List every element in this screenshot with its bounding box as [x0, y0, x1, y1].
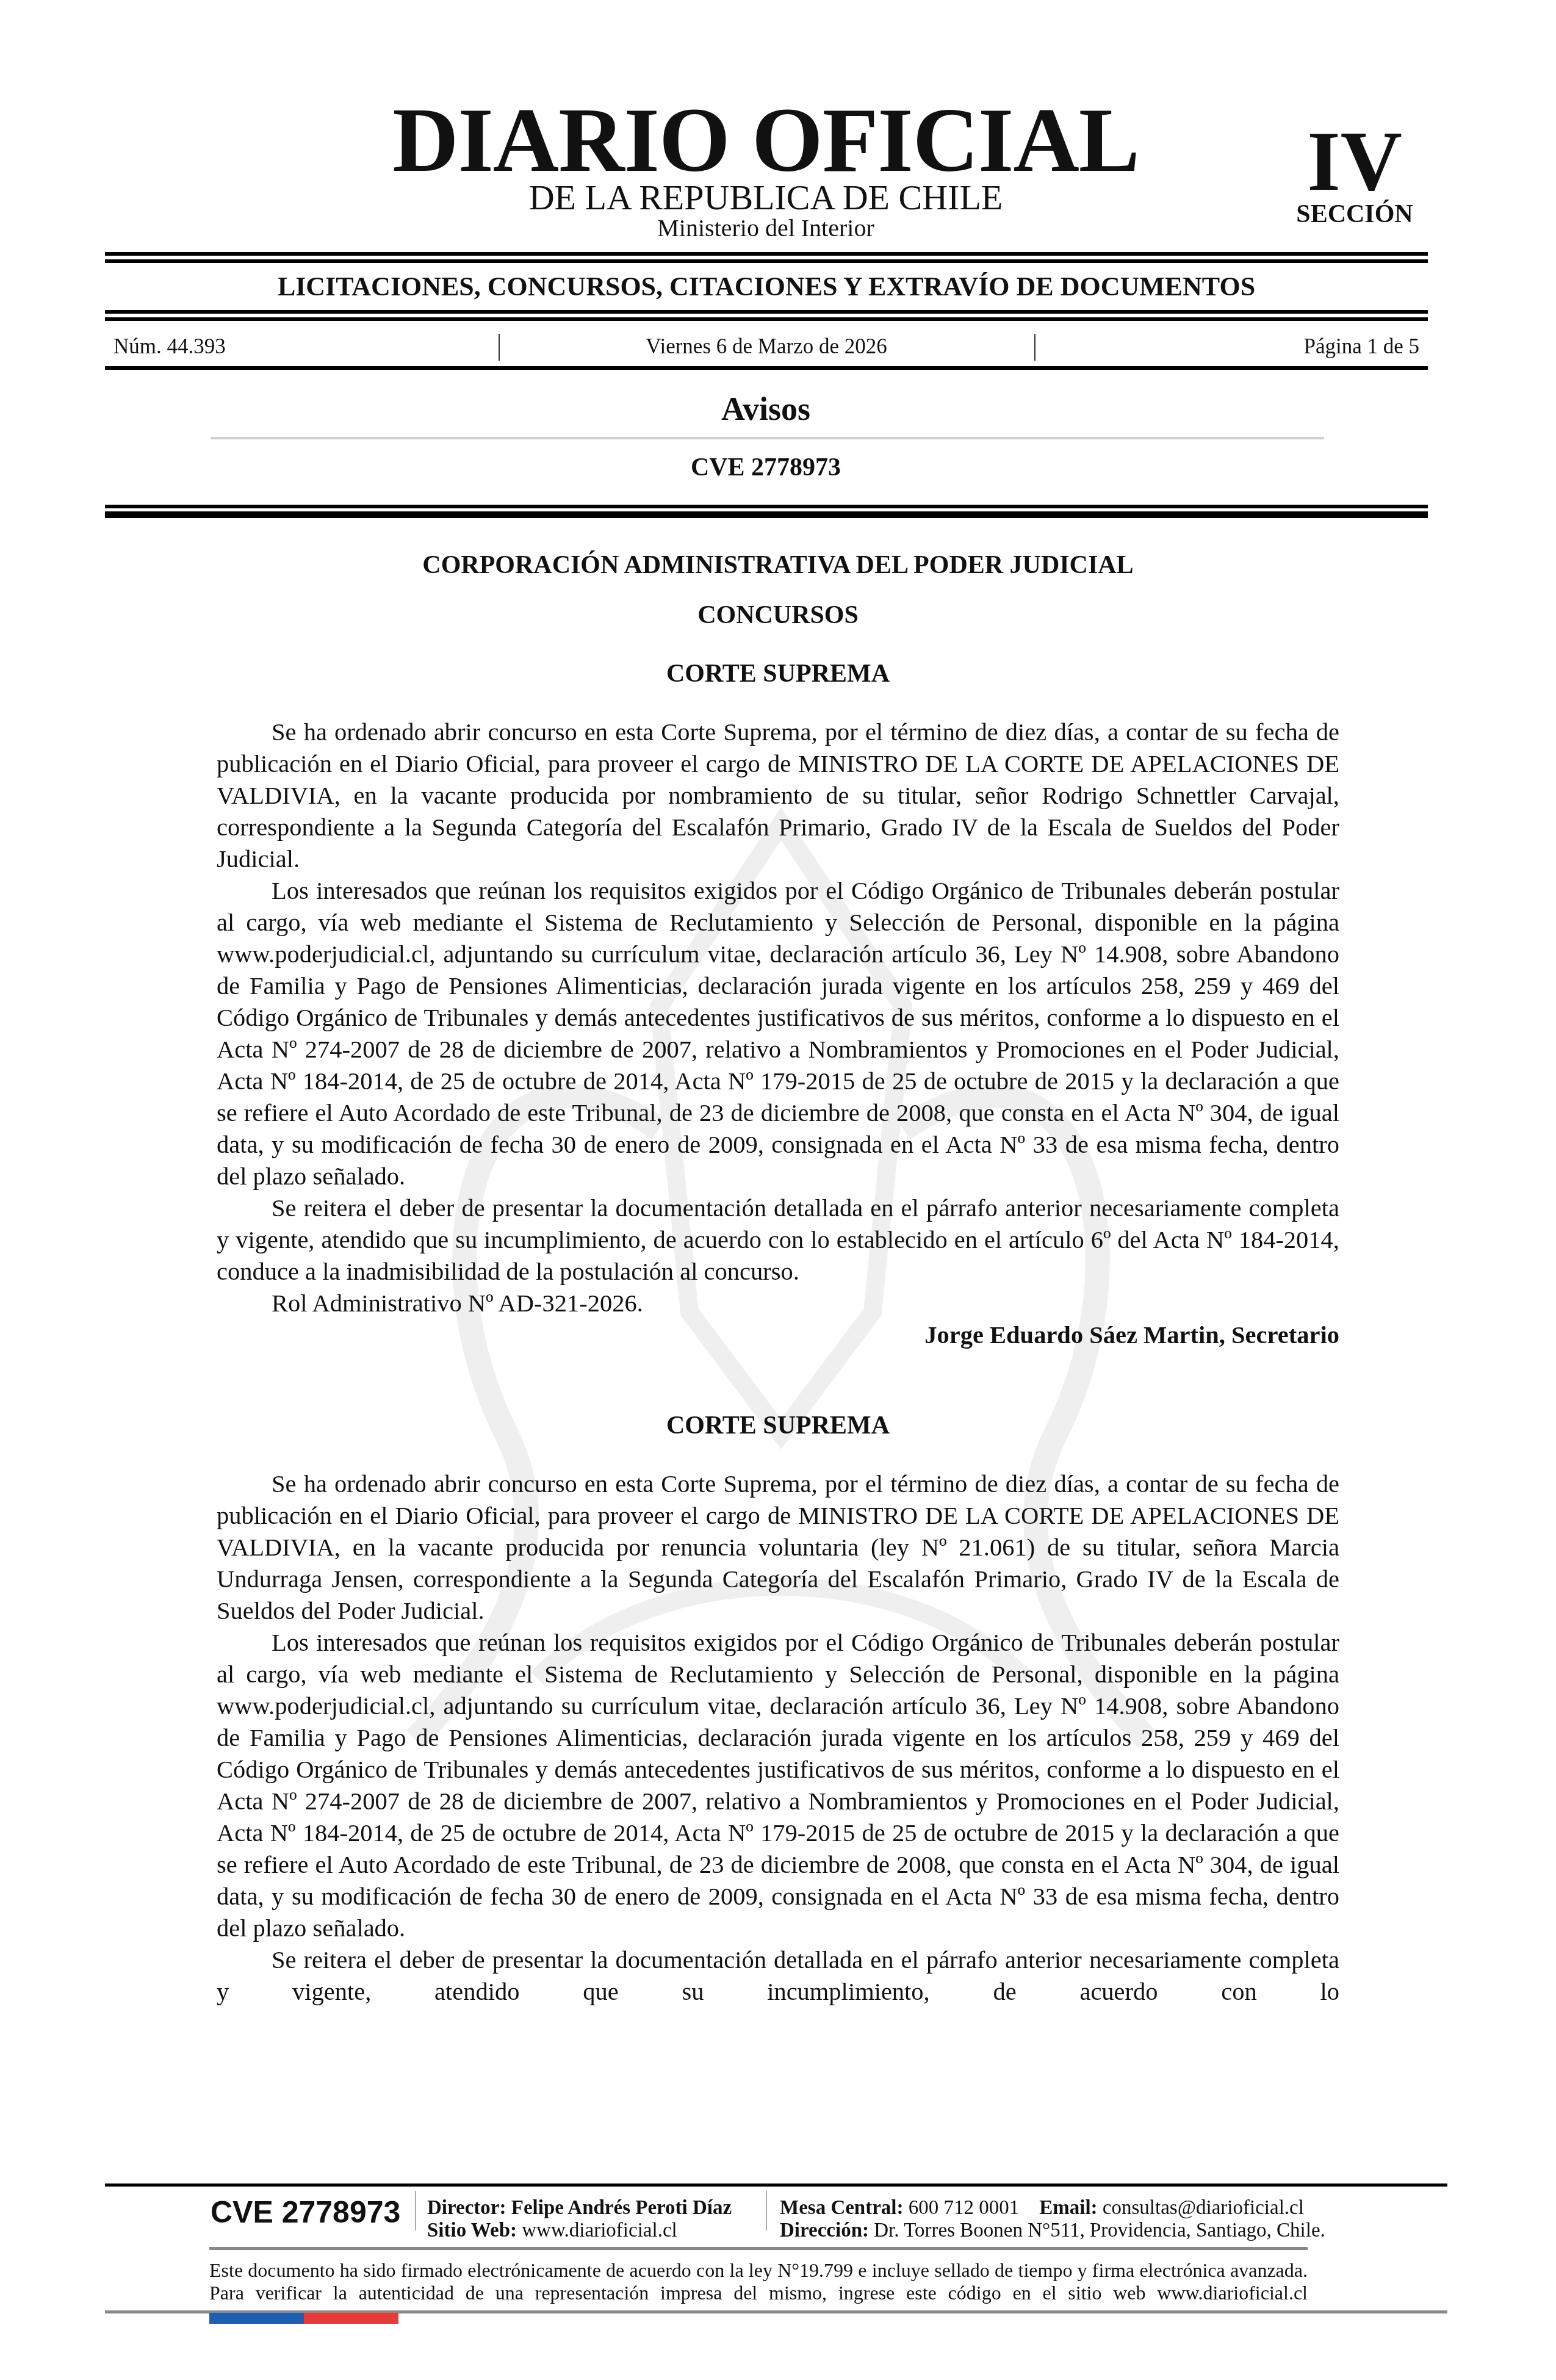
cve-code: CVE 2778973 — [0, 453, 1532, 482]
divider — [415, 2191, 416, 2230]
section-label: SECCIÓN — [1281, 200, 1428, 228]
notice-2-paragraph: Los interesados que reúnan los requisito… — [217, 1627, 1339, 1944]
footer-divider — [105, 2183, 1447, 2187]
type-heading: CONCURSOS — [217, 599, 1339, 631]
phone-label: Mesa Central: — [780, 2197, 904, 2219]
notice-1-rol: Rol Administrativo Nº AD-321-2026. — [217, 1288, 1339, 1319]
notice-1-court: CORTE SUPREMA — [217, 658, 1339, 690]
footer-director-block: Director: Felipe Andrés Peroti Díaz Siti… — [427, 2197, 732, 2242]
website-link[interactable]: www.diarioficial.cl — [522, 2220, 677, 2241]
footer-contact-block: Mesa Central: 600 712 0001 Email: consul… — [780, 2197, 1325, 2242]
divider — [766, 2191, 767, 2230]
phone-number: 600 712 0001 — [909, 2197, 1020, 2219]
website-label: Sitio Web: — [427, 2220, 517, 2241]
notice-2-paragraph: Se reitera el deber de presentar la docu… — [217, 1944, 1339, 2008]
document-body: CORPORACIÓN ADMINISTRATIVA DEL PODER JUD… — [217, 549, 1339, 2008]
email-label: Email: — [1039, 2197, 1097, 2219]
divider — [1034, 334, 1036, 361]
director-name: Felipe Andrés Peroti Díaz — [511, 2197, 732, 2219]
notice-2-court: CORTE SUPREMA — [217, 1410, 1339, 1441]
page-indicator: Página 1 de 5 — [1303, 333, 1419, 361]
notice-1-paragraph: Se reitera el deber de presentar la docu… — [217, 1192, 1339, 1288]
section-number: IV — [1294, 119, 1416, 204]
issue-date: Viernes 6 de Marzo de 2026 — [105, 333, 1428, 361]
address-text: Dr. Torres Boonen N°511, Providencia, Sa… — [874, 2220, 1325, 2241]
notice-1-paragraph: Los interesados que reúnan los requisito… — [217, 875, 1339, 1192]
footer-cve-code: CVE 2778973 — [211, 2194, 400, 2230]
issue-info-row: Núm. 44.393 Viernes 6 de Marzo de 2026 P… — [105, 333, 1428, 363]
header-divider — [105, 317, 1428, 321]
notice-2-paragraph: Se ha ordenado abrir concurso en esta Co… — [217, 1468, 1339, 1627]
flag-stripe-red — [304, 2313, 398, 2324]
header-divider — [105, 310, 1428, 314]
notice-1-paragraph: Se ha ordenado abrir concurso en esta Co… — [217, 716, 1339, 875]
footer-authenticity-note: Este documento ha sido firmado electróni… — [209, 2259, 1308, 2304]
header-divider — [105, 366, 1428, 370]
header-divider — [105, 259, 1428, 263]
flag-stripe-blue — [209, 2313, 304, 2324]
institution-heading: CORPORACIÓN ADMINISTRATIVA DEL PODER JUD… — [217, 549, 1339, 581]
footer-divider — [209, 2247, 1308, 2250]
header-divider — [105, 505, 1428, 508]
notices-heading: Avisos — [0, 391, 1532, 427]
address-label: Dirección: — [780, 2220, 869, 2241]
notice-1-signature: Jorge Eduardo Sáez Martin, Secretario — [217, 1319, 1339, 1351]
header-divider — [105, 511, 1428, 518]
email-link[interactable]: consultas@diarioficial.cl — [1103, 2197, 1304, 2219]
header-divider — [105, 252, 1428, 256]
divider — [211, 437, 1324, 439]
director-label: Director: — [427, 2197, 506, 2219]
section-category: LICITACIONES, CONCURSOS, CITACIONES Y EX… — [105, 272, 1428, 302]
